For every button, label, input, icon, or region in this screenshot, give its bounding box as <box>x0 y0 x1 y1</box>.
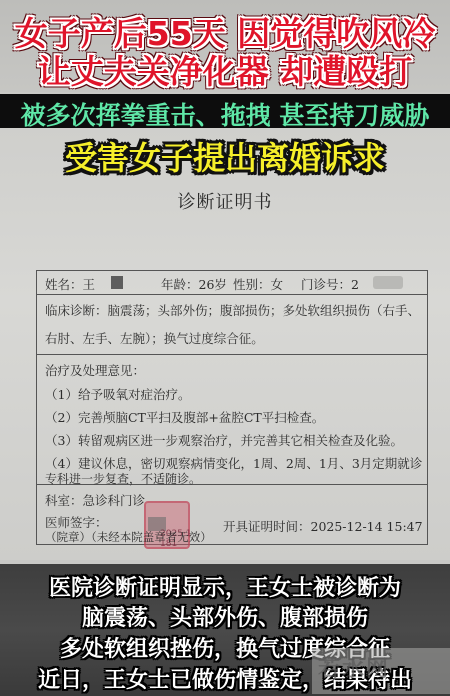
diagnosis-line-2: 右肘、左手、左腕）；换气过度综合征。 <box>45 329 264 347</box>
headline-line-2: 让丈夫关净化器 却遭殴打 <box>0 46 450 93</box>
treatment-row: 治疗及处理意见： （1）给予吸氧对症治疗。 （2）完善颅脑CT平扫及腹部+盆腔C… <box>37 355 427 485</box>
redacted-name <box>111 276 123 289</box>
seal-note: （院章）（未经本院盖章者无效） <box>45 529 212 545</box>
site-watermark: 若水网 <box>318 652 390 683</box>
patient-age: 年龄：26岁 <box>161 275 227 293</box>
subheadline-green: 被多次挥拳重击、拖拽 甚至持刀威胁 <box>0 96 450 132</box>
patient-gender: 性别：女 <box>233 275 283 293</box>
treatment-title: 治疗及处理意见： <box>45 361 145 379</box>
document-title: 诊断证明书 <box>0 188 450 214</box>
diagnosis-line-1: 临床诊断：脑震荡；头部外伤；腹部损伤；多处软组织损伤（右手、 <box>45 301 420 319</box>
diagnosis-form: 姓名：王 年龄：26岁 性别：女 门诊号：2 临床诊断：脑震荡；头部外伤；腹部损… <box>36 270 428 545</box>
clinic-number: 门诊号：2 <box>301 275 359 293</box>
treatment-item: （2）完善颅脑CT平扫及腹部+盆腔CT平扫检查。 <box>45 408 324 426</box>
treatment-item: （3）转留观病区进一步观察治疗，并完善其它相关检查及化验。 <box>45 431 403 449</box>
treatment-item: （1）给予吸氧对症治疗。 <box>45 385 190 403</box>
patient-name: 姓名：王 <box>45 275 95 293</box>
summary-line-1: 医院诊断证明显示，王女士被诊断为 <box>0 571 450 602</box>
diagnosis-row: 临床诊断：脑震荡；头部外伤；腹部损伤；多处软组织损伤（右手、 右肘、左手、左腕）… <box>37 295 427 355</box>
subheadline-yellow: 受害女子提出离婚诉求 <box>0 133 450 179</box>
redacted-clinic-number <box>373 276 403 289</box>
department: 科室：急诊科门诊 <box>45 491 145 509</box>
patient-info-row: 姓名：王 年龄：26岁 性别：女 门诊号：2 <box>37 271 427 295</box>
signature-row: 2025·1 181 科室：急诊科门诊 医师签字： （院章）（未经本院盖章者无效… <box>37 485 427 545</box>
issue-time: 开具证明时间：2025-12-14 15:47 <box>223 517 423 535</box>
summary-line-2: 脑震荡、头部外伤、腹部损伤 <box>0 601 450 632</box>
